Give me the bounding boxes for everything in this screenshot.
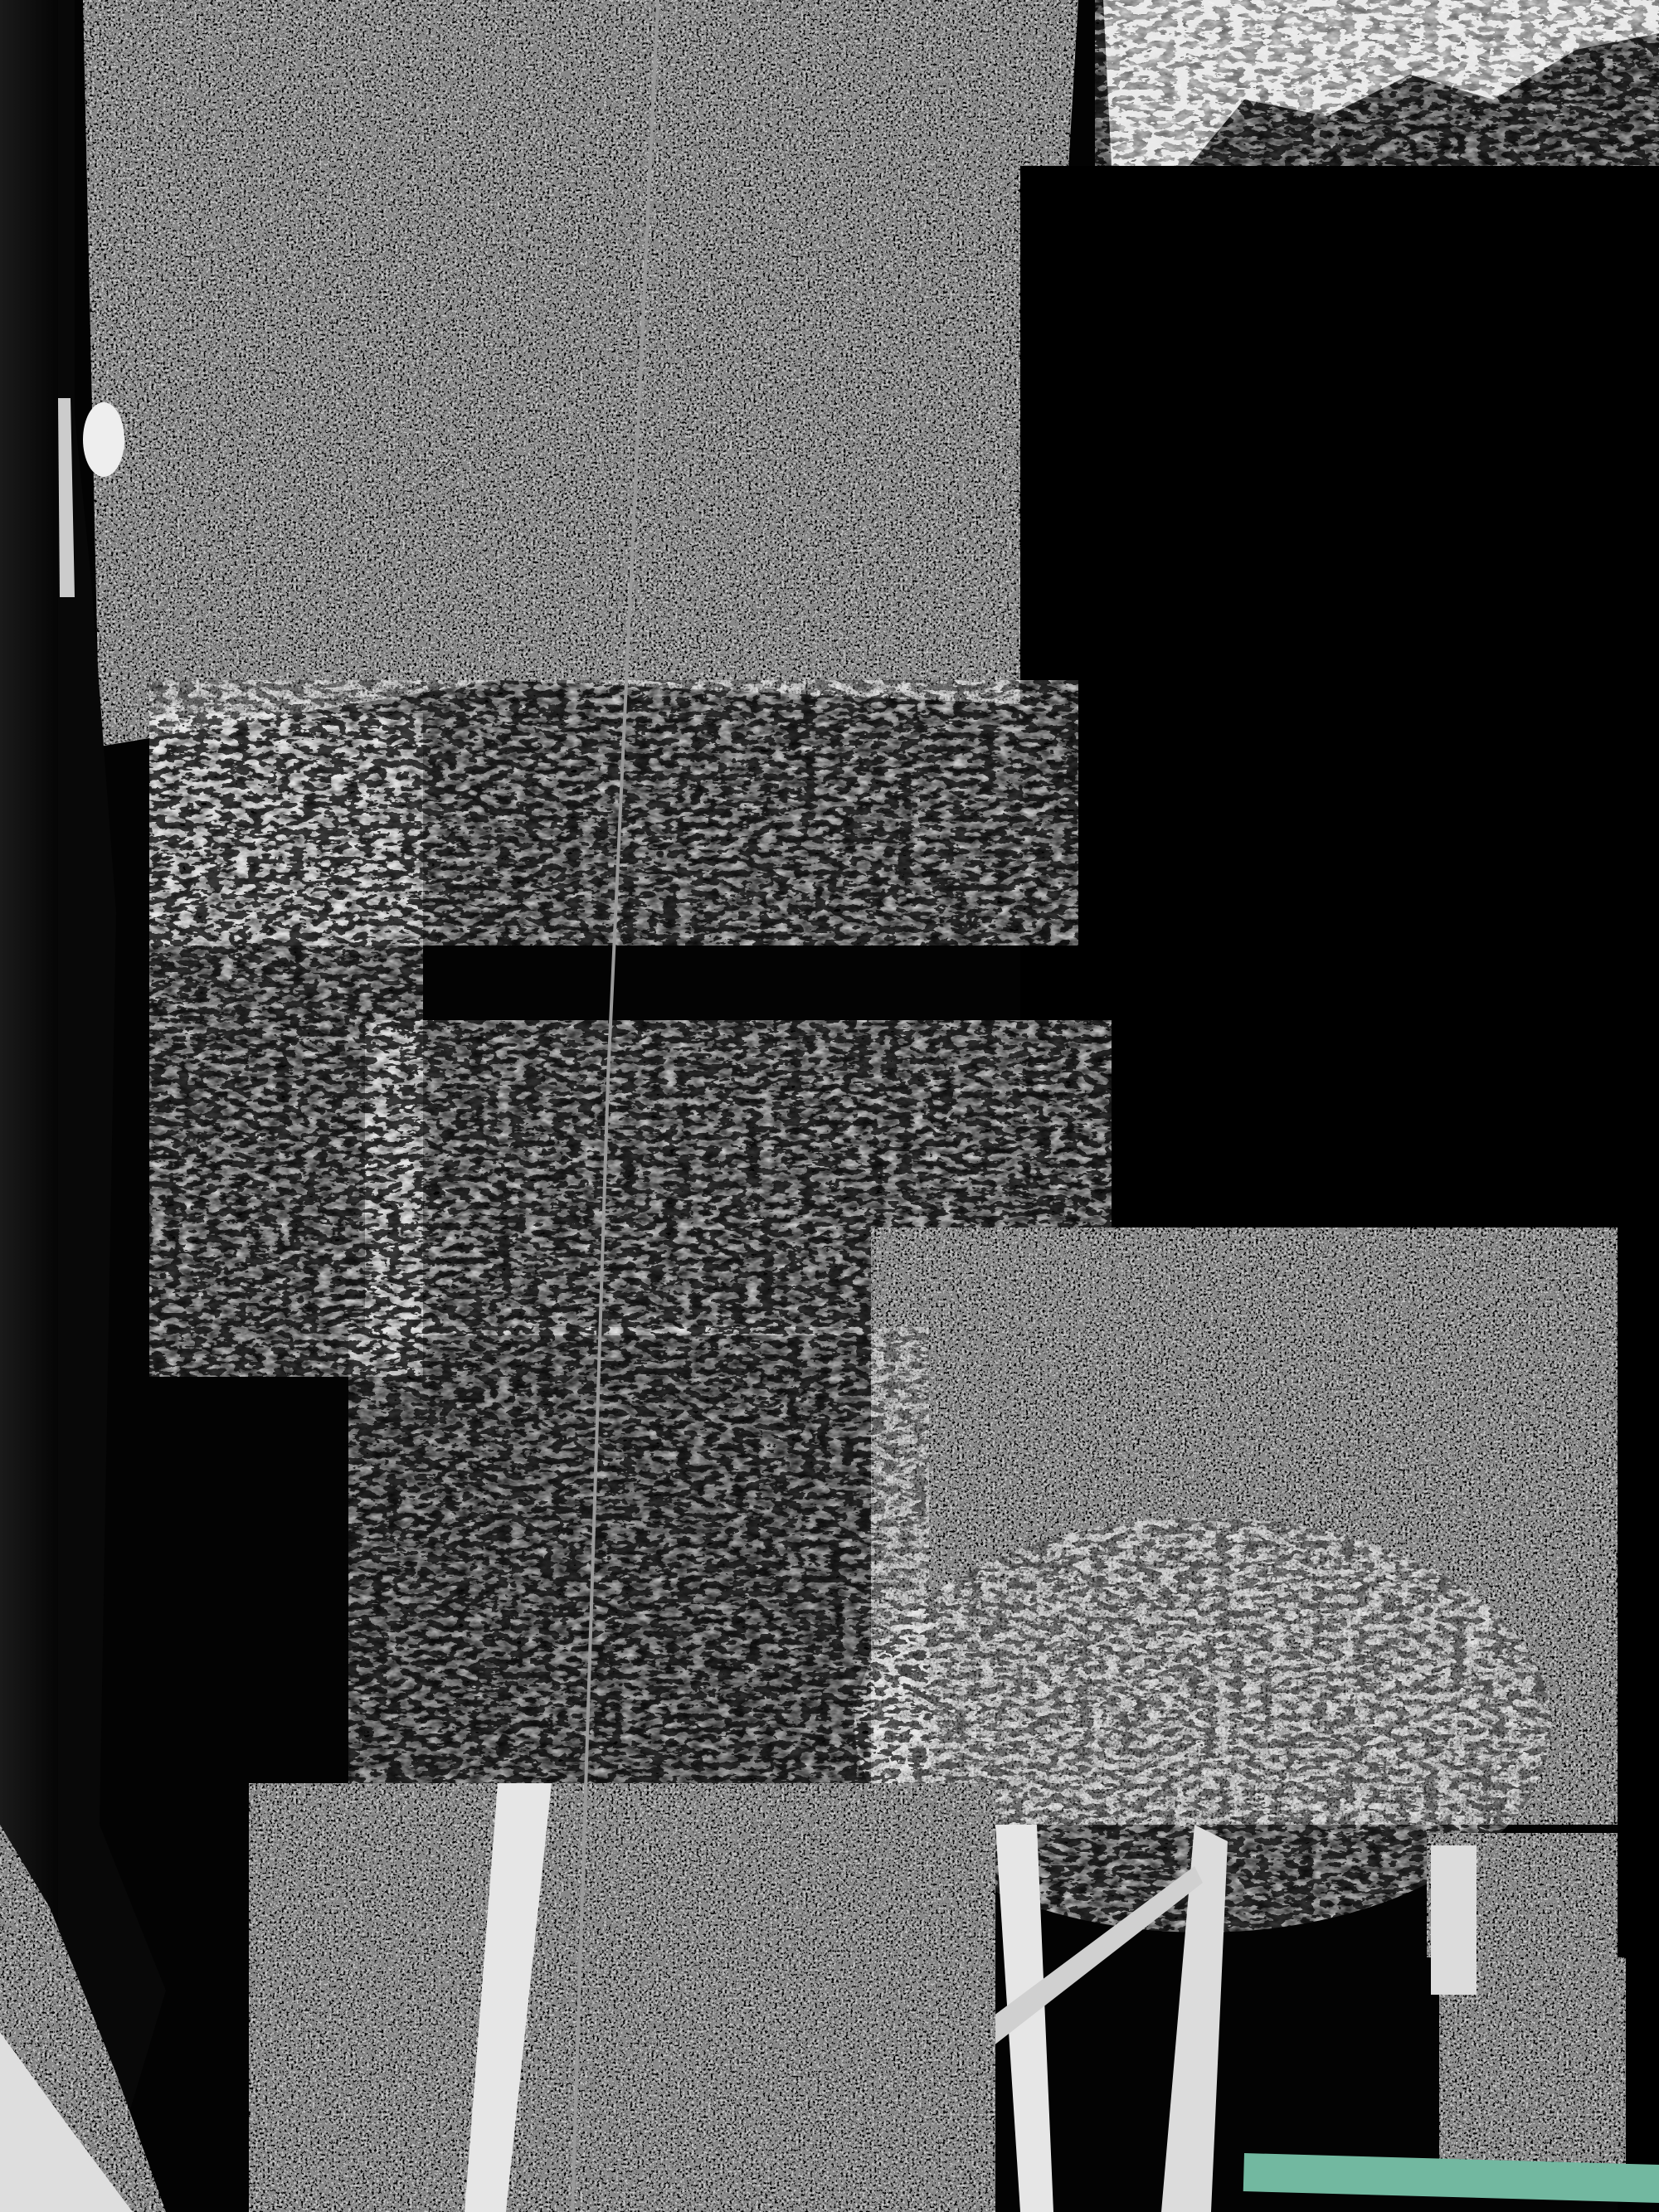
ground-texture [249, 1327, 995, 2212]
textured-block [1427, 1833, 1626, 2173]
photo-canvas [0, 0, 1659, 2212]
textured-rock-region [83, 0, 1078, 746]
abstract-photo [0, 0, 1659, 2212]
